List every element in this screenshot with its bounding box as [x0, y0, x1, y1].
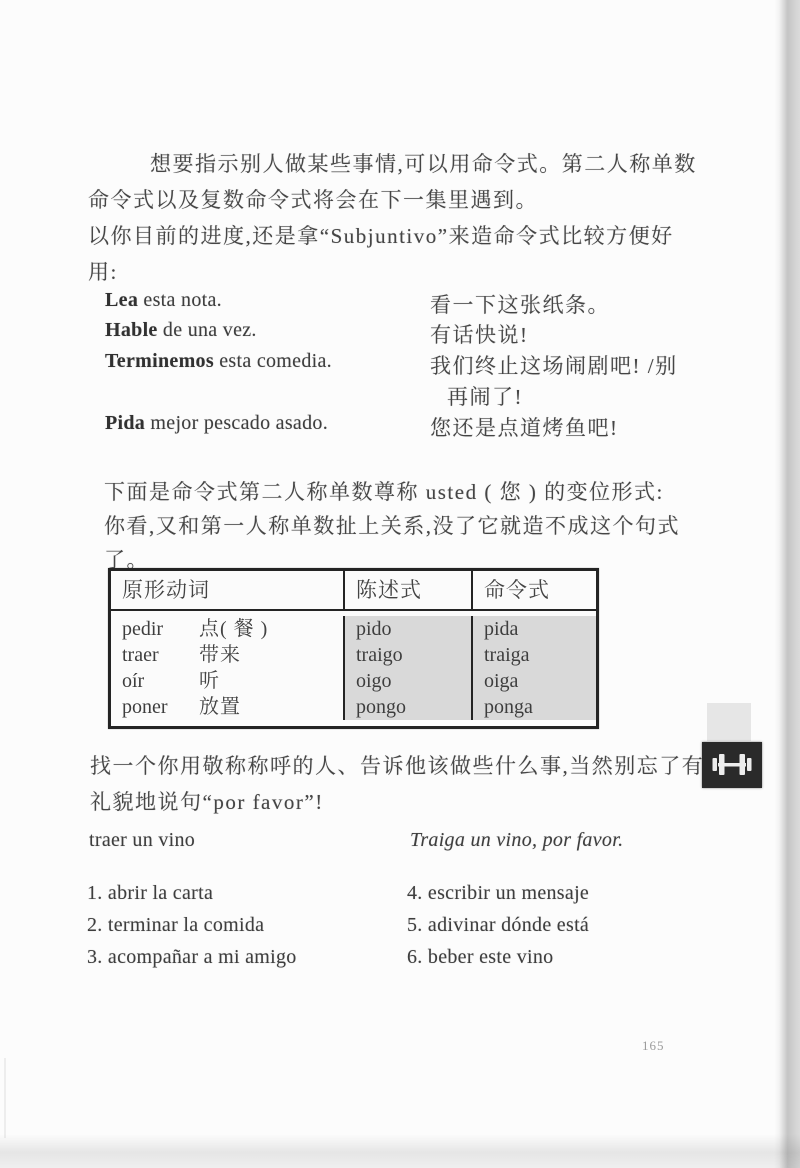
verb-imperative: traiga — [471, 642, 596, 668]
verb-indicative: pongo — [343, 694, 471, 720]
header-infinitive: 原形动词 — [111, 571, 343, 609]
intro-line-4: 用: — [88, 254, 748, 290]
dumbbell-icon — [702, 742, 762, 788]
verb-indicative: oigo — [343, 668, 471, 694]
intro-line-1: 想要指示别人做某些事情,可以用命令式。第二人称单数 — [88, 146, 748, 182]
table-row: traer带来 traigo traiga — [111, 642, 596, 668]
page-edge-shadow-bottom — [0, 1134, 800, 1168]
verb-infinitive: pedir — [122, 616, 199, 642]
example-verb: Pida — [105, 412, 145, 434]
verb-gloss: 听 — [199, 670, 220, 692]
intro-paragraph: 想要指示别人做某些事情,可以用命令式。第二人称单数 命令式以及复数命令式将会在下… — [88, 146, 748, 290]
example-es-3: Terminemos esta comedia. — [105, 350, 332, 373]
verb-gloss: 点( 餐 ) — [199, 618, 268, 640]
example-es-1: Lea esta nota. — [105, 289, 222, 312]
example-rest: mejor pescado asado. — [145, 412, 328, 434]
verb-infinitive: poner — [122, 694, 199, 720]
page-edge-shadow-right — [774, 0, 800, 1168]
page-margin-tab — [707, 703, 751, 741]
header-indicative: 陈述式 — [343, 571, 471, 609]
usted-note-line-1: 下面是命令式第二人称单数尊称 usted ( 您 ) 的变位形式: — [104, 474, 664, 510]
exercise-item-3: 3. acompañar a mi amigo — [87, 946, 297, 969]
table-row: oír听 oigo oiga — [111, 668, 596, 694]
exercise-example-cue: traer un vino — [89, 829, 195, 852]
table-row: pedir点( 餐 ) pido pida — [111, 611, 596, 642]
header-imperative: 命令式 — [471, 571, 596, 609]
exercise-item-1: 1. abrir la carta — [87, 882, 213, 905]
verb-gloss: 放置 — [199, 696, 241, 718]
example-zh-4: 您还是点道烤鱼吧! — [430, 410, 619, 446]
verb-indicative: traigo — [343, 642, 471, 668]
intro-line-3: 以你目前的进度,还是拿“Subjuntivo”来造命令式比较方便好 — [88, 218, 748, 254]
verb-indicative: pido — [343, 616, 471, 642]
verb-gloss: 带来 — [199, 644, 241, 666]
exercise-example-answer: Traiga un vino, por favor. — [410, 829, 623, 852]
page-number: 165 — [642, 1038, 665, 1054]
verb-imperative: ponga — [471, 694, 596, 720]
exercise-prompt-line-1: 找一个你用敬称称呼的人、告诉他该做些什么事,当然别忘了有 — [90, 748, 704, 784]
example-verb: Lea — [105, 289, 138, 311]
example-es-4: Pida mejor pescado asado. — [105, 412, 328, 435]
page-edge-line-left — [4, 1058, 6, 1138]
exercise-prompt-line-2: 礼貌地说句“por favor”! — [90, 784, 324, 820]
example-es-2: Hable de una vez. — [105, 319, 257, 342]
verb-infinitive: oír — [122, 668, 199, 694]
intro-line-2: 命令式以及复数命令式将会在下一集里遇到。 — [88, 182, 748, 218]
exercise-item-2: 2. terminar la comida — [87, 914, 264, 937]
conjugation-table-header: 原形动词 陈述式 命令式 — [111, 571, 596, 611]
exercise-item-4: 4. escribir un mensaje — [407, 882, 589, 905]
table-row: poner放置 pongo ponga — [111, 694, 596, 726]
example-verb: Terminemos — [105, 350, 214, 372]
example-rest: esta comedia. — [214, 350, 332, 372]
verb-imperative: pida — [471, 616, 596, 642]
scanned-book-page: 想要指示别人做某些事情,可以用命令式。第二人称单数 命令式以及复数命令式将会在下… — [0, 0, 800, 1168]
example-verb: Hable — [105, 319, 158, 341]
exercise-marker — [702, 742, 762, 788]
verb-imperative: oiga — [471, 668, 596, 694]
example-rest: de una vez. — [158, 319, 257, 341]
exercise-item-5: 5. adivinar dónde está — [407, 914, 589, 937]
example-rest: esta nota. — [138, 289, 222, 311]
exercise-item-6: 6. beber este vino — [407, 946, 553, 969]
usted-note-line-2: 你看,又和第一人称单数扯上关系,没了它就造不成这个句式 — [104, 508, 680, 544]
verb-infinitive: traer — [122, 642, 199, 668]
conjugation-table: 原形动词 陈述式 命令式 pedir点( 餐 ) pido pida traer… — [108, 568, 599, 729]
